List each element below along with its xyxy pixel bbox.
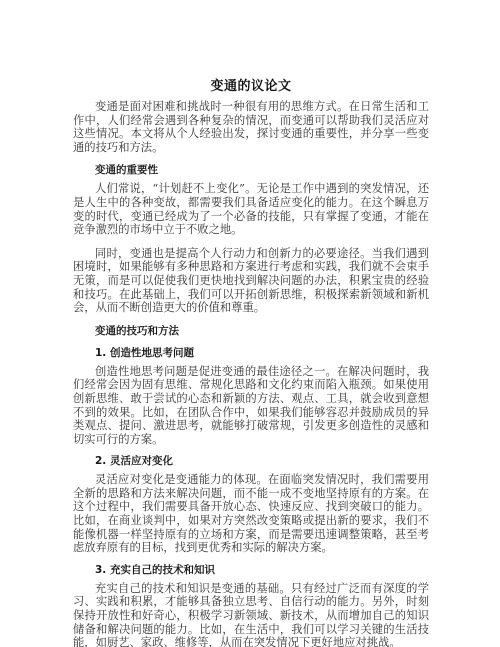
enrich-knowledge-paragraph: 充实自己的技术和知识是变通的基础。只有经过广泛而有深度的学习、实践和积累，才能够… [73, 582, 429, 647]
subsection-heading-enrich-knowledge: 3. 充实自己的技术和知识 [95, 563, 429, 577]
section-heading-importance: 变通的重要性 [95, 163, 429, 177]
document-title: 变通的议论文 [73, 78, 429, 96]
paragraph-gap [73, 237, 429, 247]
importance-paragraph-1: 人们常说，“计划赶不上变化”。无论是工作中遇到的突发情况，还是人生中的各种变故，… [73, 182, 429, 236]
flexible-response-paragraph: 灵活应对变化是变通能力的体现。在面临突发情况时，我们需要用全新的思路和方法来解决… [73, 473, 429, 555]
intro-paragraph: 变通是面对困难和挑战时一种很有用的思维方式。在日常生活和工作中，人们经常会遇到各… [73, 100, 429, 154]
importance-paragraph-2: 同时，变通也是提高个人行动力和创新力的必要途径。当我们遇到困境时，如果能够有多种… [73, 247, 429, 315]
section-heading-techniques: 变通的技巧和方法 [95, 324, 429, 338]
creative-thinking-paragraph: 创造性地思考问题是促进变通的最佳途径之一。在解决问题时，我们经常会因为固有思维、… [73, 365, 429, 447]
subsection-heading-flexible-response: 2. 灵活应对变化 [95, 454, 429, 468]
subsection-heading-creative-thinking: 1. 创造性地思考问题 [95, 346, 429, 360]
document-page: 变通的议论文 变通是面对困难和挑战时一种很有用的思维方式。在日常生活和工作中，人… [73, 78, 429, 647]
